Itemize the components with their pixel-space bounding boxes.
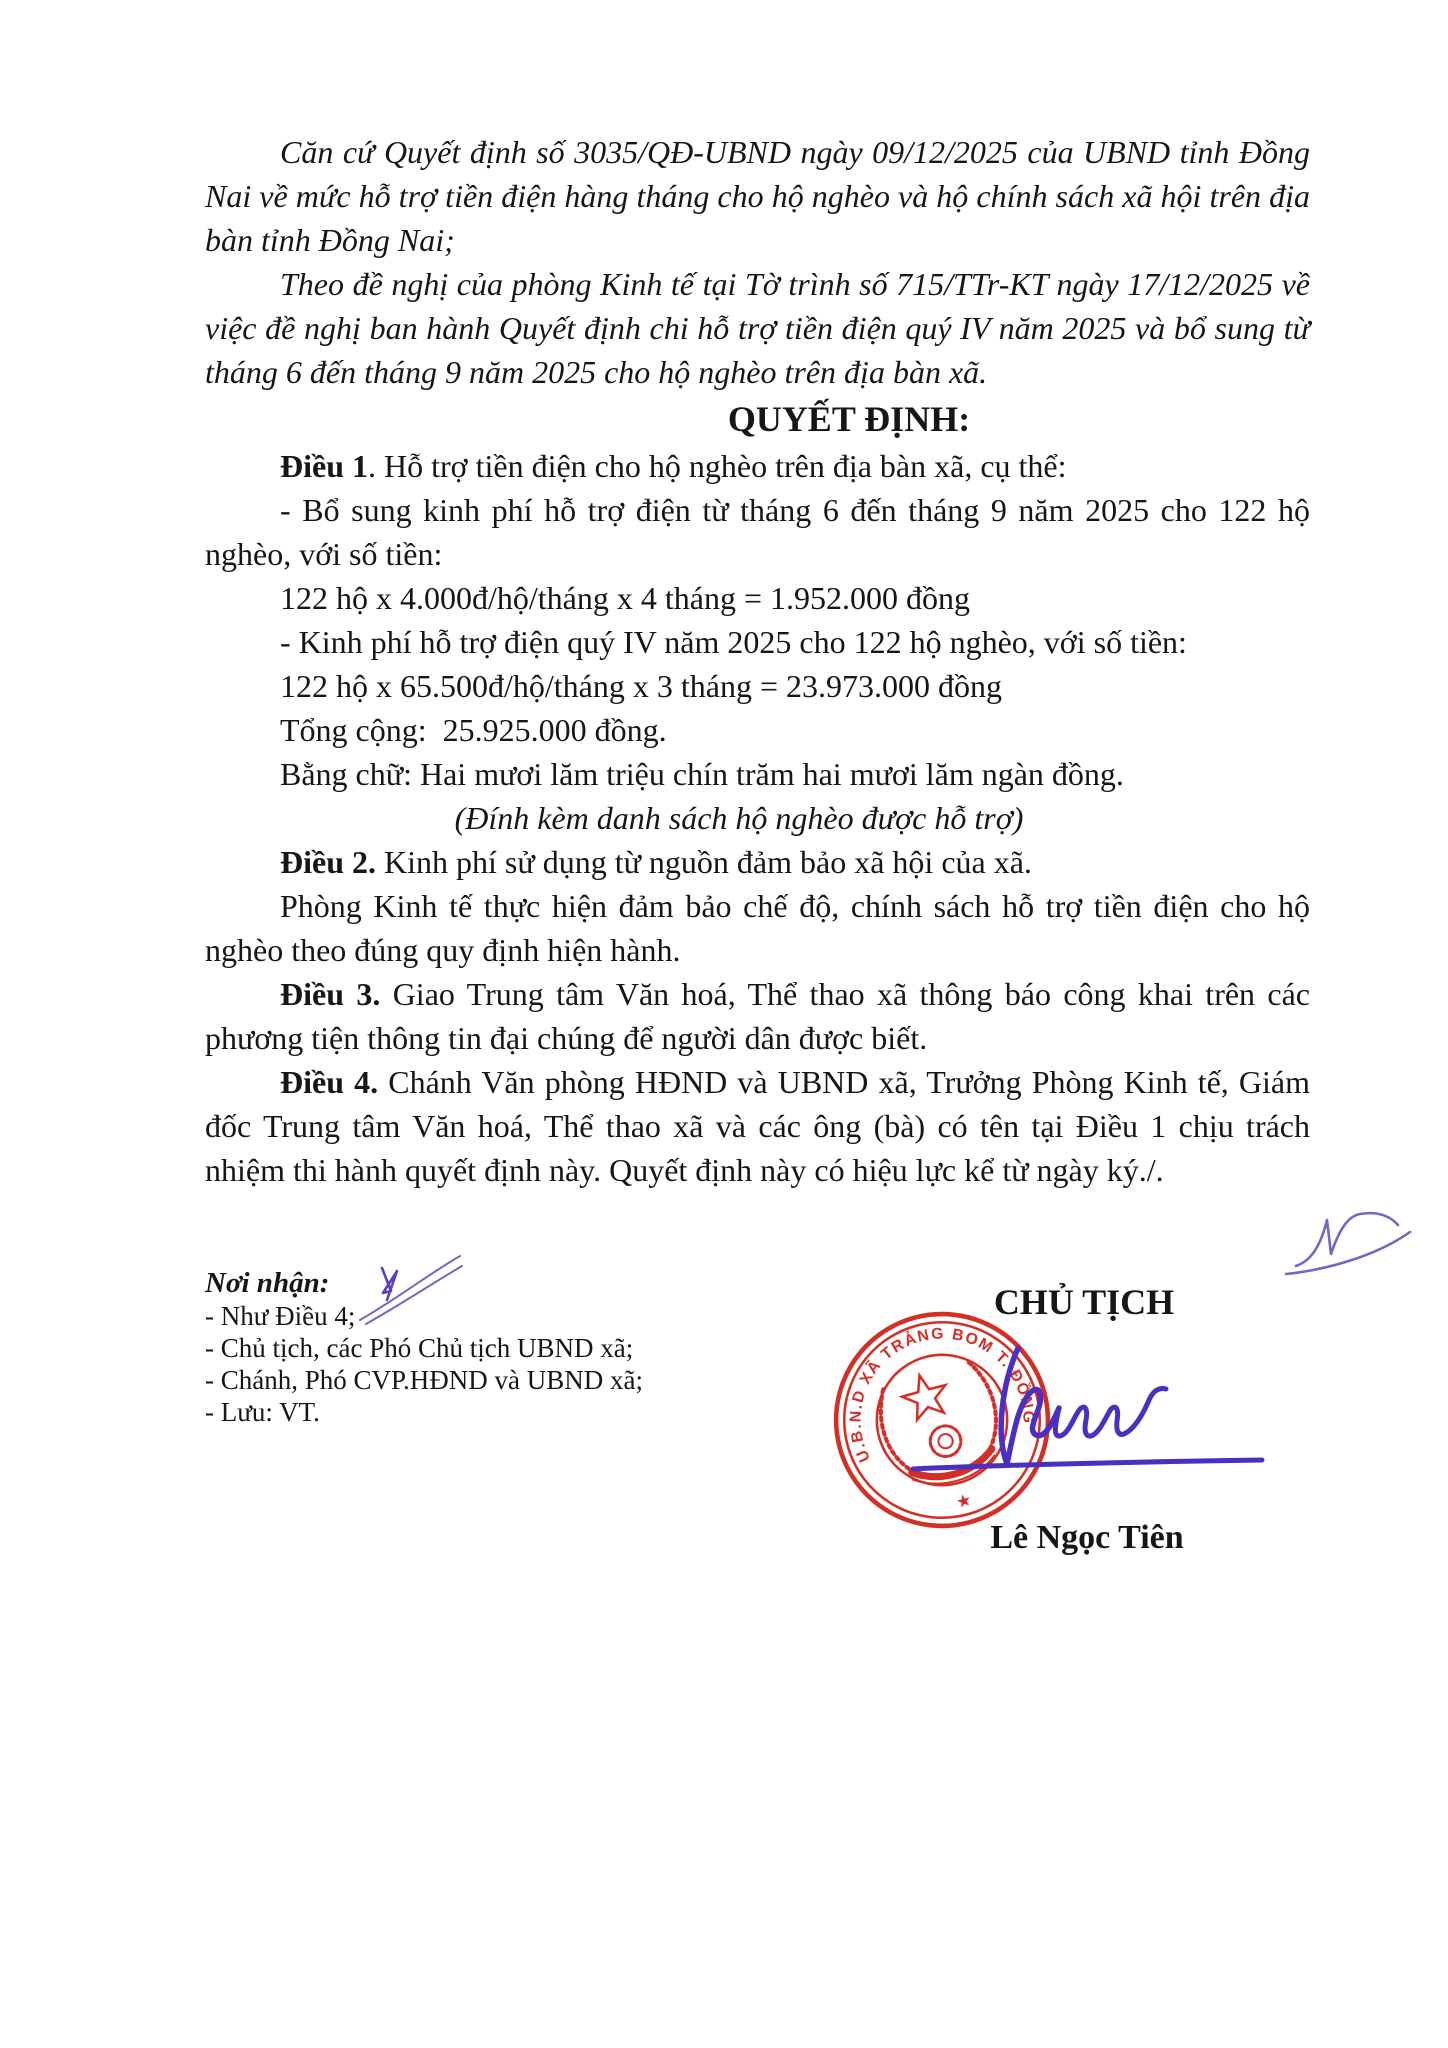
document-page: Căn cứ Quyết định số 3035/QĐ-UBND ngày 0…: [0, 0, 1448, 2048]
pen-initial-mark-recipients: [350, 1248, 468, 1330]
article-1-total: Tổng cộng: 25.925.000 đồng.: [205, 708, 1310, 752]
article-1: Điều 1. Hỗ trợ tiền điện cho hộ nghèo tr…: [205, 444, 1310, 488]
signature-loop-stroke: [1001, 1348, 1059, 1464]
attachment-note: (Đính kèm danh sách hộ nghèo được hỗ trợ…: [149, 796, 1254, 840]
pen-stroke: [366, 1266, 462, 1324]
document-body: Căn cứ Quyết định số 3035/QĐ-UBND ngày 0…: [205, 130, 1310, 1192]
article-1-bullet-1: - Bổ sung kinh phí hỗ trợ điện từ tháng …: [205, 488, 1310, 576]
article-1-bullet-2: - Kinh phí hỗ trợ điện quý IV năm 2025 c…: [205, 620, 1310, 664]
article-3: Điều 3. Giao Trung tâm Văn hoá, Thể thao…: [205, 972, 1310, 1060]
article-1-calc-1: 122 hộ x 4.000đ/hộ/tháng x 4 tháng = 1.9…: [205, 576, 1310, 620]
decision-heading: QUYẾT ĐỊNH:: [259, 394, 1364, 444]
pen-stroke: [360, 1256, 460, 1320]
preamble-paragraph-1: Căn cứ Quyết định số 3035/QĐ-UBND ngày 0…: [205, 130, 1310, 262]
signer-name: Lê Ngọc Tiên: [937, 1518, 1237, 1558]
pen-stroke: [1296, 1213, 1398, 1266]
article-4-label: Điều 4.: [280, 1064, 378, 1100]
article-2-label: Điều 2.: [280, 844, 376, 880]
article-1-amount-in-words: Bằng chữ: Hai mươi lăm triệu chín trăm h…: [205, 752, 1310, 796]
article-2: Điều 2. Kinh phí sử dụng từ nguồn đảm bả…: [205, 840, 1310, 884]
seal-bottom-star-icon: ★: [954, 1490, 974, 1512]
pen-swoosh: [1286, 1232, 1410, 1274]
signature-underline-stroke: [913, 1460, 1262, 1469]
recipient-item: - Chánh, Phó CVP.HĐND và UBND xã;: [205, 1364, 725, 1396]
article-3-label: Điều 3.: [280, 976, 380, 1012]
signature-scrawl-stroke: [1055, 1388, 1166, 1436]
article-1-text: . Hỗ trợ tiền điện cho hộ nghèo trên địa…: [368, 448, 1067, 484]
pen-zigzag: [382, 1268, 397, 1300]
article-2-text: Kinh phí sử dụng từ nguồn đảm bảo xã hội…: [376, 844, 1032, 880]
preamble-paragraph-2: Theo đề nghị của phòng Kinh tế tại Tờ tr…: [205, 262, 1310, 394]
article-2-paragraph: Phòng Kinh tế thực hiện đảm bảo chế độ, …: [205, 884, 1310, 972]
recipient-item: - Chủ tịch, các Phó Chủ tịch UBND xã;: [205, 1332, 725, 1364]
article-4: Điều 4. Chánh Văn phòng HĐND và UBND xã,…: [205, 1060, 1310, 1192]
pen-initial-mark-article4: [1282, 1198, 1416, 1282]
recipient-item: - Lưu: VT.: [205, 1396, 725, 1428]
article-1-label: Điều 1: [280, 448, 368, 484]
article-1-calc-2: 122 hộ x 65.500đ/hộ/tháng x 3 tháng = 23…: [205, 664, 1310, 708]
president-signature: [890, 1330, 1280, 1480]
